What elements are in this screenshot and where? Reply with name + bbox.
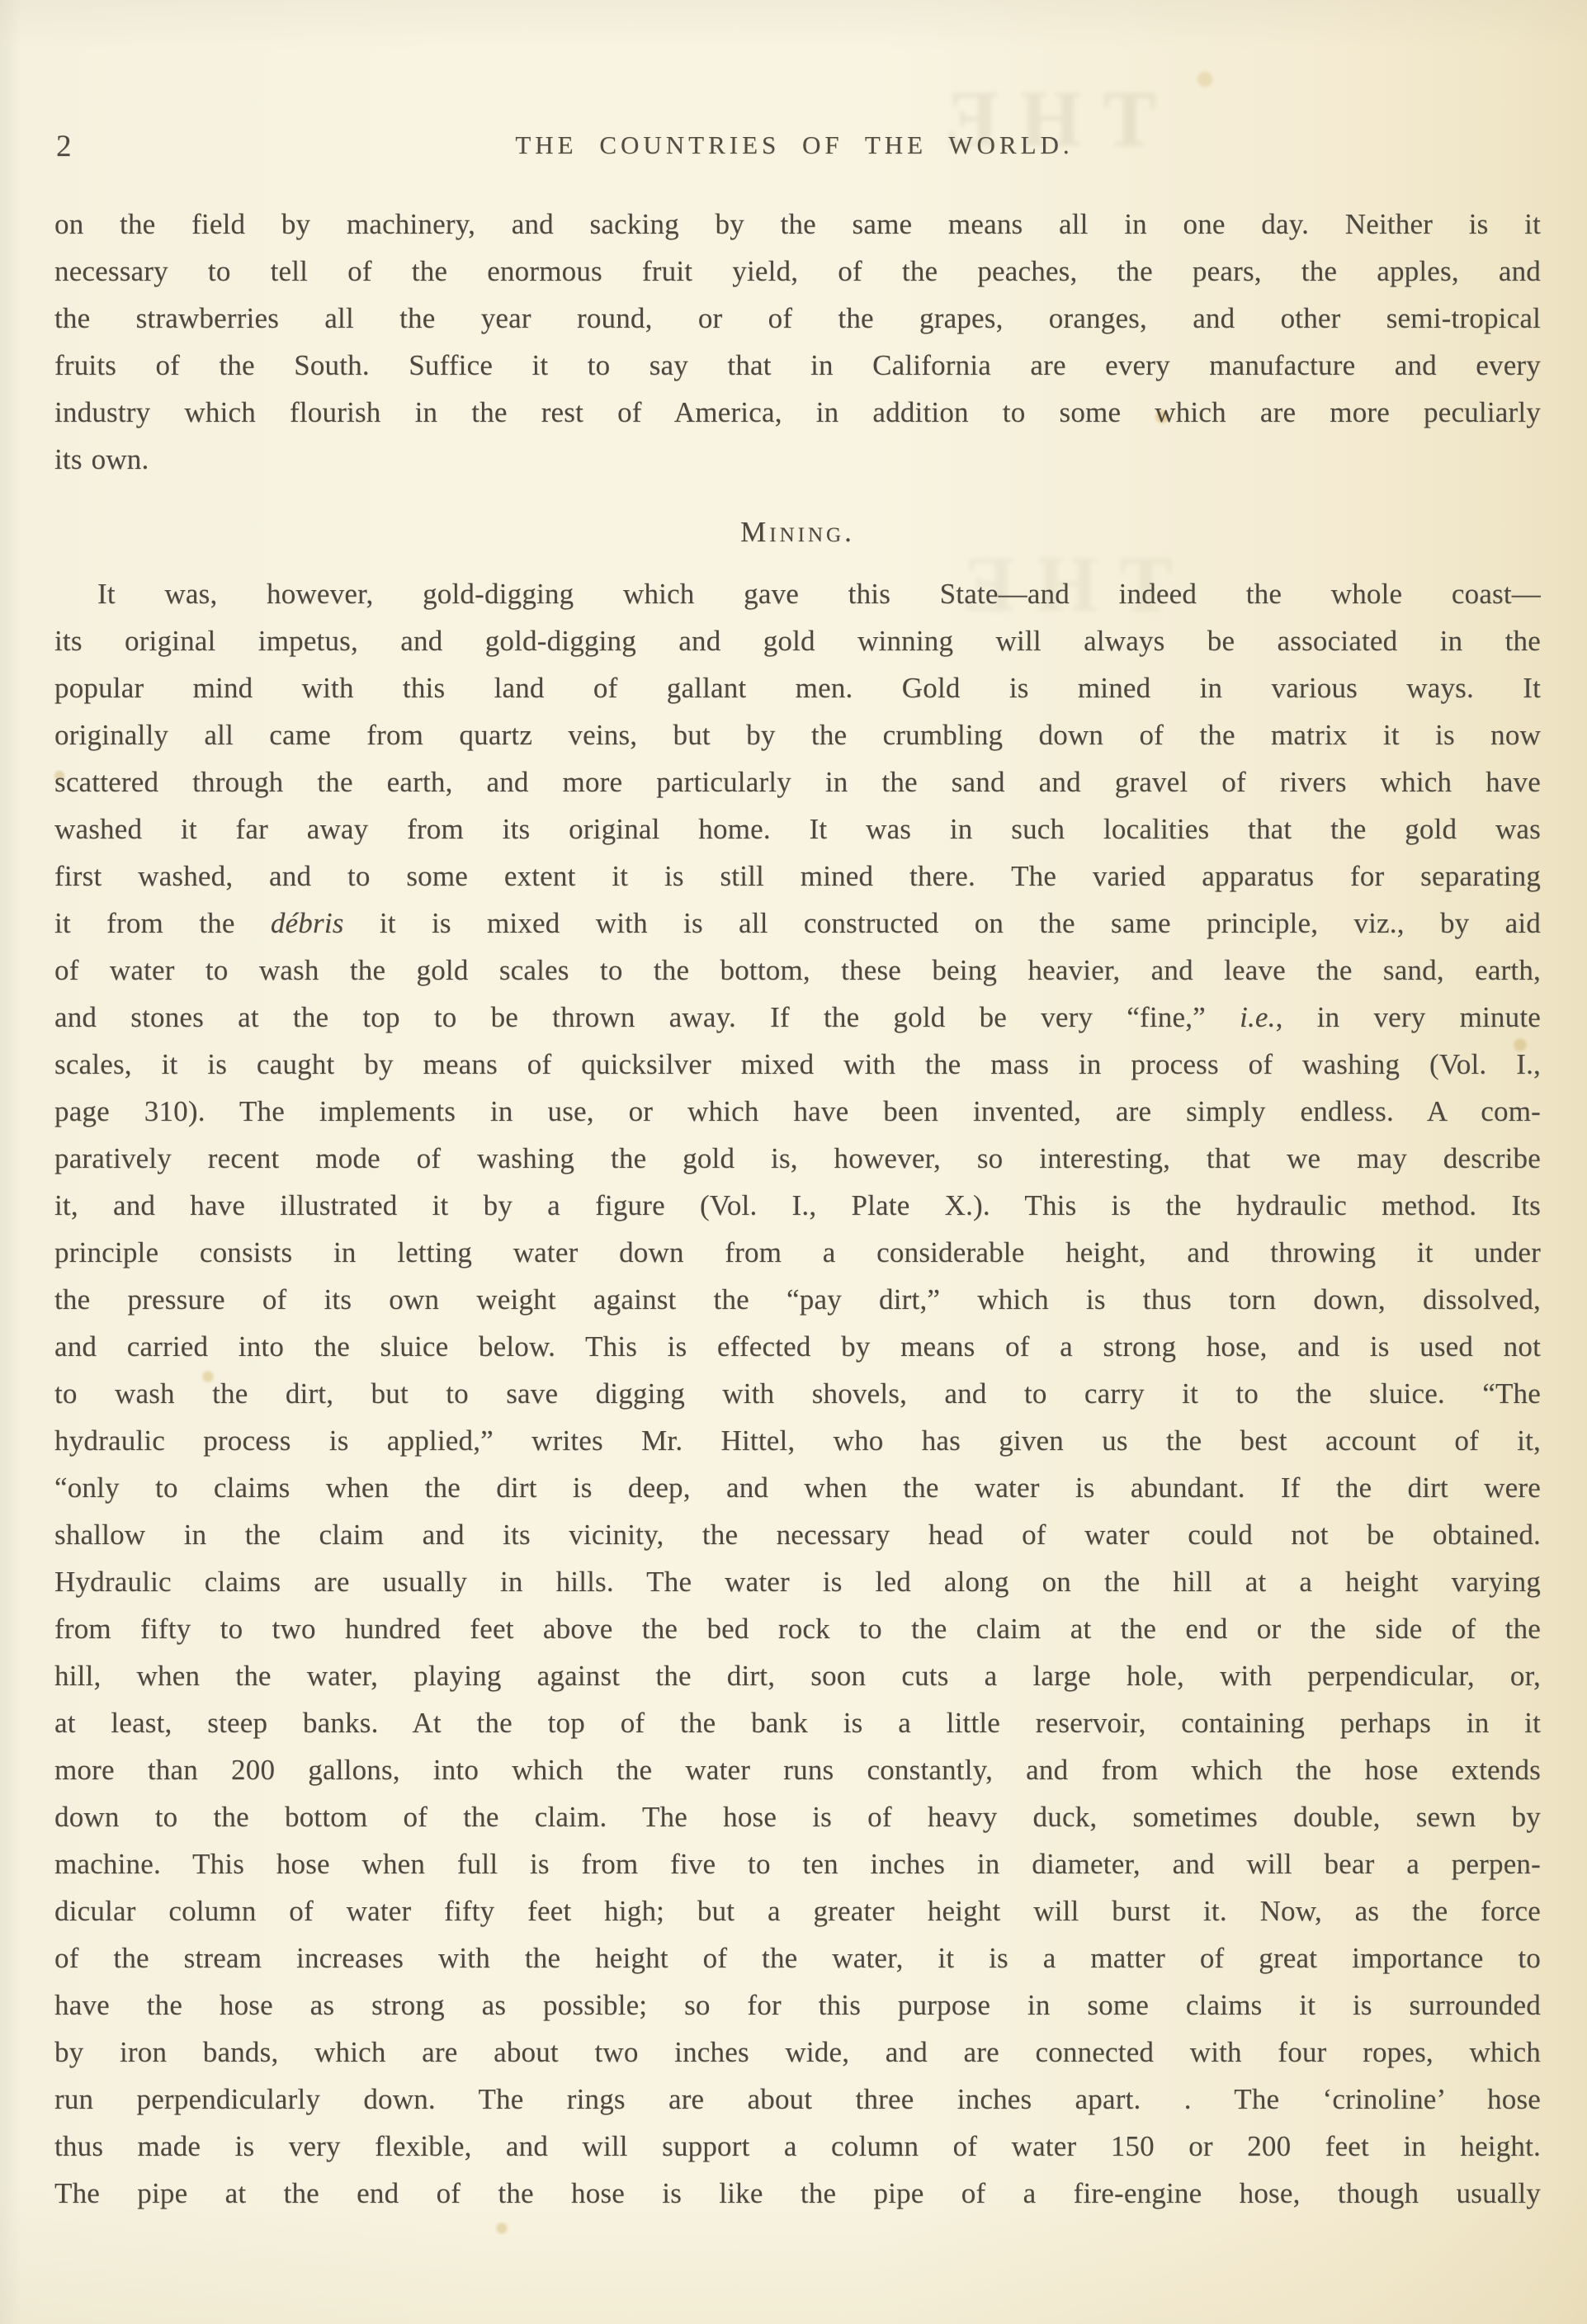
text-line: have the hose as strong as possible; so … bbox=[54, 1982, 1541, 2029]
text-line: of water to wash the gold scales to the … bbox=[54, 947, 1541, 994]
text-line: and stones at the top to be thrown away.… bbox=[54, 994, 1541, 1041]
text-line: fruits of the South. Suffice it to say t… bbox=[54, 342, 1541, 389]
text-line: dicular column of water fifty feet high;… bbox=[54, 1887, 1541, 1934]
text-line: on the field by machinery, and sacking b… bbox=[54, 201, 1541, 248]
text-line: hydraulic process is applied,” writes Mr… bbox=[54, 1417, 1541, 1464]
book-page-scan: THE THE 2 THE COUNTRIES OF THE WORLD. on… bbox=[0, 0, 1587, 2324]
text-line: “only to claims when the dirt is deep, a… bbox=[54, 1464, 1541, 1511]
section-heading-mining: Mining. bbox=[54, 516, 1541, 549]
text-line: machine. This hose when full is from fiv… bbox=[54, 1840, 1541, 1887]
text-line: it, and have illustrated it by a figure … bbox=[54, 1182, 1541, 1229]
text-line: hill, when the water, playing against th… bbox=[54, 1652, 1541, 1699]
text-line: The pipe at the end of the hose is like … bbox=[54, 2170, 1541, 2217]
text-line: and carried into the sluice below. This … bbox=[54, 1323, 1541, 1370]
text-line: principle consists in letting water down… bbox=[54, 1229, 1541, 1276]
text-line: thus made is very flexible, and will sup… bbox=[54, 2123, 1541, 2170]
text-line: the strawberries all the year round, or … bbox=[54, 295, 1541, 342]
text-line: more than 200 gallons, into which the wa… bbox=[54, 1746, 1541, 1793]
text-line: washed it far away from its original hom… bbox=[54, 805, 1541, 853]
text-line: run perpendicularly down. The rings are … bbox=[54, 2076, 1541, 2123]
text-line: of the stream increases with the height … bbox=[54, 1934, 1541, 1982]
text-line: it from the débris it is mixed with is a… bbox=[54, 900, 1541, 947]
text-line: necessary to tell of the enormous fruit … bbox=[54, 248, 1541, 295]
text-line: It was, however, gold-digging which gave… bbox=[54, 570, 1541, 617]
text-line: by iron bands, which are about two inche… bbox=[54, 2029, 1541, 2076]
text-line: scattered through the earth, and more pa… bbox=[54, 758, 1541, 805]
text-line: down to the bottom of the claim. The hos… bbox=[54, 1793, 1541, 1840]
text-line: originally all came from quartz veins, b… bbox=[54, 711, 1541, 758]
text-line: Hydraulic claims are usually in hills. T… bbox=[54, 1558, 1541, 1605]
text-line: from fifty to two hundred feet above the… bbox=[54, 1605, 1541, 1652]
text-line: first washed, and to some extent it is s… bbox=[54, 853, 1541, 900]
paragraph-california-industry: on the field by machinery, and sacking b… bbox=[54, 201, 1541, 483]
text-line: paratively recent mode of washing the go… bbox=[54, 1135, 1541, 1182]
text-line: at least, steep banks. At the top of the… bbox=[54, 1699, 1541, 1746]
text-line: industry which flourish in the rest of A… bbox=[54, 389, 1541, 436]
running-head: THE COUNTRIES OF THE WORLD. bbox=[54, 130, 1534, 160]
text-line: popular mind with this land of gallant m… bbox=[54, 664, 1541, 711]
text-line: shallow in the claim and its vicinity, t… bbox=[54, 1511, 1541, 1558]
text-line: scales, it is caught by means of quicksi… bbox=[54, 1041, 1541, 1088]
text-line: its own. bbox=[54, 436, 1541, 483]
page-header: 2 THE COUNTRIES OF THE WORLD. bbox=[54, 125, 1534, 165]
paragraph-mining-gold-digging: It was, however, gold-digging which gave… bbox=[54, 570, 1541, 2217]
text-line: page 310). The implements in use, or whi… bbox=[54, 1088, 1541, 1135]
text-line: to wash the dirt, but to save digging wi… bbox=[54, 1370, 1541, 1417]
page-body: on the field by machinery, and sacking b… bbox=[54, 201, 1541, 2217]
text-line: the pressure of its own weight against t… bbox=[54, 1276, 1541, 1323]
text-line: its original impetus, and gold-digging a… bbox=[54, 617, 1541, 664]
